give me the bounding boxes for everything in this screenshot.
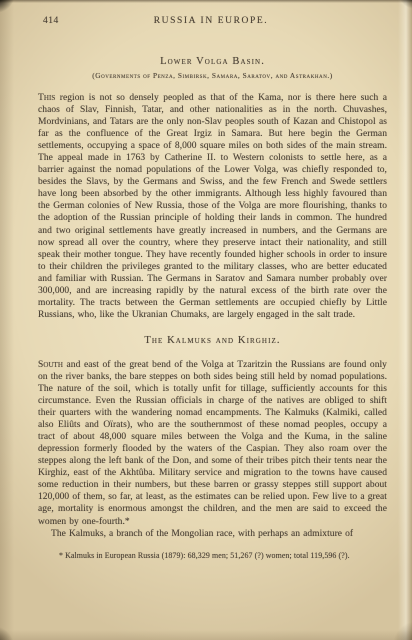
body-paragraph: South and east of the great bend of the … <box>38 359 387 528</box>
section-heading-kalmuks-kirghiz: The Kalmuks and Kirghiz. <box>38 335 387 346</box>
paragraph-text: and east of the great bend of the Volga … <box>38 360 387 527</box>
paragraph-lead: This <box>38 93 55 103</box>
book-page: 414 RUSSIA IN EUROPE. Lower Volga Basin.… <box>0 0 412 640</box>
paragraph-text: The Kalmuks, a branch of the Mongolian r… <box>51 529 353 539</box>
paragraph-lead: South <box>38 360 63 370</box>
running-title: RUSSIA IN EUROPE. <box>38 16 384 26</box>
section-heading-lower-volga-basin: Lower Volga Basin. <box>38 56 387 67</box>
footnote: * Kalmuks in European Russia (1879): 68,… <box>38 551 387 561</box>
paragraph-text: region is not so densely peopled as that… <box>38 93 387 320</box>
body-paragraph: This region is not so densely peopled as… <box>38 92 387 321</box>
page-body: Lower Volga Basin. (Governments of Penza… <box>38 56 387 561</box>
page-header: 414 RUSSIA IN EUROPE. <box>38 16 384 28</box>
section-subheading-governments: (Governments of Penza, Simbirsk, Samara,… <box>38 71 387 80</box>
body-paragraph: The Kalmuks, a branch of the Mongolian r… <box>38 528 387 540</box>
